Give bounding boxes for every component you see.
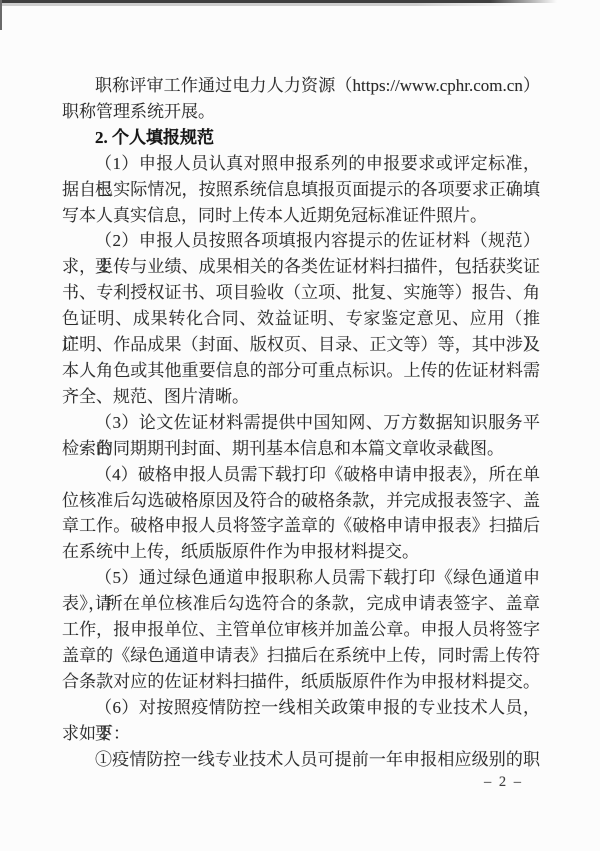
scanned-document-page: 职称评审工作通过电力人力资源（https://www.cphr.com.cn） …	[0, 0, 600, 851]
doc-line: （3）论文佐证材料需提供中国知网、万方数据知识服务平台	[62, 410, 540, 436]
doc-line: 本人角色或其他重要信息的部分可重点标识。上传的佐证材料需	[62, 358, 540, 384]
doc-line: 在系统中上传，纸质版原件作为申报材料提交。	[62, 539, 540, 565]
doc-line: （4）破格申报人员需下载打印《破格申请申报表》，所在单	[62, 462, 540, 488]
doc-line: 合条款对应的佐证材料扫描件，纸质版原件作为申报材料提交。	[62, 669, 540, 695]
doc-line: （5）通过绿色通道申报职称人员需下载打印《绿色通道申请	[62, 565, 540, 591]
doc-line: 书、专利授权证书、项目验收（立项、批复、实施等）报告、角	[62, 280, 540, 306]
doc-line: 章工作。破格申报人员将签字盖章的《破格申请申报表》扫描后	[62, 513, 540, 539]
doc-line: 写本人真实信息，同时上传本人近期免冠标准证件照片。	[62, 203, 540, 229]
section-heading: 2. 个人填报规范	[62, 125, 540, 151]
scan-top-edge-shadow	[0, 3, 520, 6]
doc-line: 色证明、成果转化合同、效益证明、专家鉴定意见、应用（推广）	[62, 306, 540, 332]
doc-line: 检索的同期期刊封面、期刊基本信息和本篇文章收录截图。	[62, 436, 540, 462]
doc-line: 盖章的《绿色通道申请表》扫描后在系统中上传，同时需上传符	[62, 643, 540, 669]
scan-left-edge-artifact	[0, 0, 2, 30]
doc-line: 职称评审工作通过电力人力资源（https://www.cphr.com.cn）	[62, 73, 540, 99]
doc-line: 位核准后勾选破格原因及符合的破格条款，并完成报表签字、盖	[62, 488, 540, 514]
doc-line: 表》，所在单位核准后勾选符合的条款，完成申请表签字、盖章	[62, 591, 540, 617]
doc-line: （1）申报人员认真对照申报系列的申报要求或评定标准，根	[62, 151, 540, 177]
doc-line: （6）对按照疫情防控一线相关政策申报的专业技术人员，要	[62, 695, 540, 721]
doc-line: 求如下：	[62, 721, 540, 747]
doc-line: （2）申报人员按照各项填报内容提示的佐证材料（规范）要	[62, 228, 540, 254]
doc-line: 职称管理系统开展。	[62, 99, 540, 125]
doc-line: 求，上传与业绩、成果相关的各类佐证材料扫描件，包括获奖证	[62, 254, 540, 280]
page-number: – 2 –	[484, 774, 523, 791]
document-body: 职称评审工作通过电力人力资源（https://www.cphr.com.cn） …	[62, 73, 540, 772]
doc-line: ①疫情防控一线专业技术人员可提前一年申报相应级别的职	[62, 747, 540, 773]
doc-line: 据自己实际情况，按照系统信息填报页面提示的各项要求正确填	[62, 177, 540, 203]
doc-line: 齐全、规范、图片清晰。	[62, 384, 540, 410]
doc-line: 证明、作品成果（封面、版权页、目录、正文等）等，其中涉及	[62, 332, 540, 358]
doc-line: 工作，报申报单位、主管单位审核并加盖公章。申报人员将签字	[62, 617, 540, 643]
